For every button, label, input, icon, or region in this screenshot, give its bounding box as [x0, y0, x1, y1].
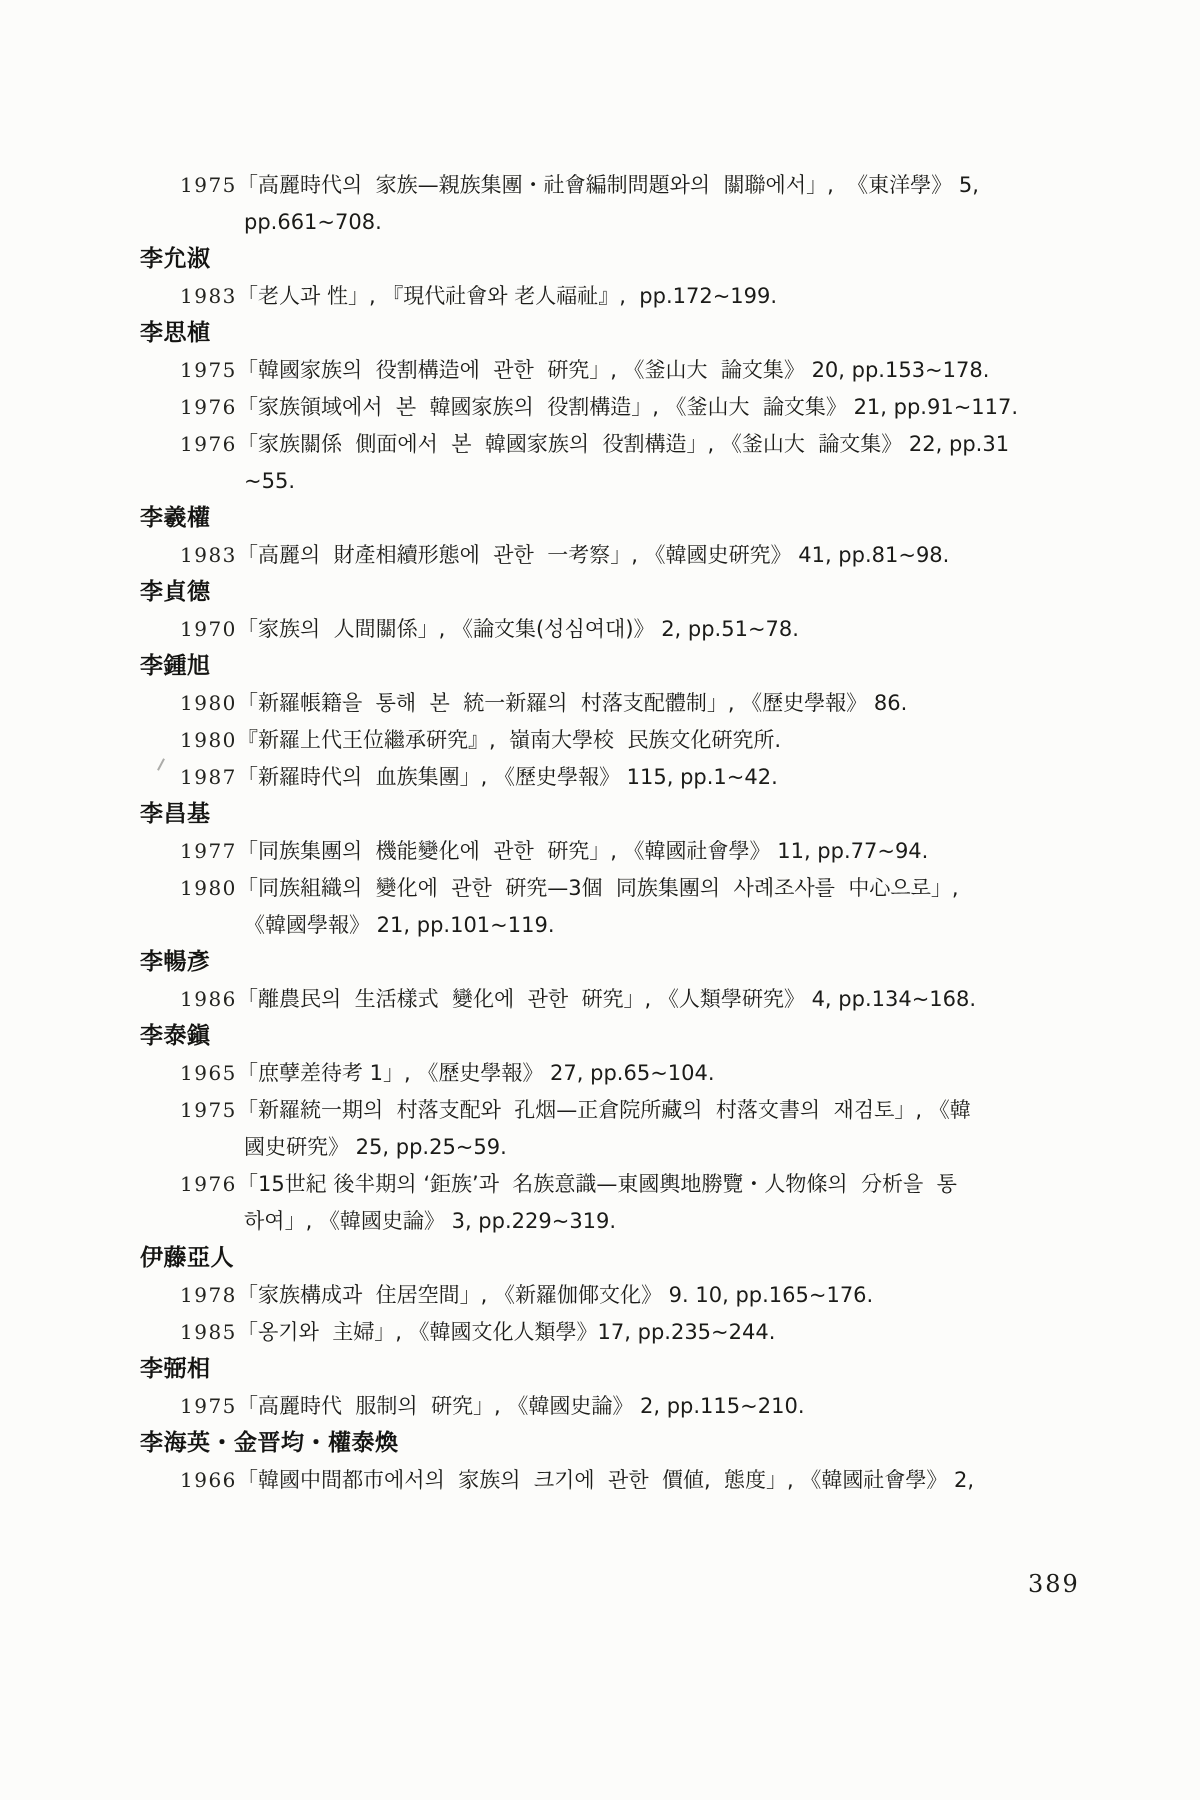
entry-year: 1975	[180, 1092, 237, 1129]
entry-citation-text: pp.661~708.	[244, 210, 382, 234]
entry-citation-text: 「옹기와 主婦」, 《韓國文化人類學》17, pp.235~244.	[237, 1320, 775, 1344]
entry-first-line: 1980『新羅上代王位繼承硏究』, 嶺南大學校 民族文化硏究所.	[140, 722, 1090, 759]
entry-year: 1975	[180, 1388, 237, 1425]
entry-first-line: 1970「家族의 人間關係」, 《論文集(성심여대)》 2, pp.51~78.	[140, 611, 1090, 648]
entry-first-line: 1978「家族構成과 住居空間」, 《新羅伽倻文化》 9. 10, pp.165…	[140, 1277, 1090, 1314]
bibliography-section: 李泰鎭1965「庶孽差待考 1」, 《歷史學報》 27, pp.65~104.1…	[140, 1018, 1090, 1240]
entry-citation-text: 하여」, 《韓國史論》 3, pp.229~319.	[244, 1209, 616, 1233]
entry-year: 1976	[180, 426, 237, 463]
entry-citation-text: 國史硏究》 25, pp.25~59.	[244, 1135, 507, 1159]
bibliography-section: 1975「高麗時代의 家族—親族集團・社會編制問題와의 關聯에서」, 《東洋學》…	[140, 167, 1090, 241]
entry-citation-text: 「高麗의 財產相續形態에 관한 一考察」, 《韓國史硏究》 41, pp.81~…	[237, 543, 949, 567]
entry-citation-text: 「家族의 人間關係」, 《論文集(성심여대)》 2, pp.51~78.	[237, 617, 799, 641]
entry-first-line: 1983「高麗의 財產相續形態에 관한 一考察」, 《韓國史硏究》 41, pp…	[140, 537, 1090, 574]
entry-citation-text: 「同族集團의 機能變化에 관한 硏究」, 《韓國社會學》 11, pp.77~9…	[237, 839, 928, 863]
entry-year: 1983	[180, 537, 237, 574]
entry-continuation-line: 하여」, 《韓國史論》 3, pp.229~319.	[140, 1203, 1090, 1240]
author-name: 伊藤亞人	[140, 1240, 1090, 1277]
entry-year: 1975	[180, 167, 237, 204]
bibliography-section: 李鍾旭1980「新羅帳籍을 통해 본 統一新羅의 村落支配體制」, 《歷史學報》…	[140, 648, 1090, 796]
entry-year: 1975	[180, 352, 237, 389]
entry-citation-text: 『新羅上代王位繼承硏究』, 嶺南大學校 民族文化硏究所.	[237, 728, 781, 752]
entry-year: 1966	[180, 1462, 237, 1499]
entry-first-line: 1987「新羅時代의 血族集團」, 《歷史學報》 115, pp.1~42.	[140, 759, 1090, 796]
entry-continuation-line: 國史硏究》 25, pp.25~59.	[140, 1129, 1090, 1166]
entry-citation-text: 「高麗時代 服制의 硏究」, 《韓國史論》 2, pp.115~210.	[237, 1394, 805, 1418]
author-name: 李鍾旭	[140, 648, 1090, 685]
entry-first-line: 1977「同族集團의 機能變化에 관한 硏究」, 《韓國社會學》 11, pp.…	[140, 833, 1090, 870]
entry-year: 1986	[180, 981, 237, 1018]
entry-citation-text: 「新羅時代의 血族集團」, 《歷史學報》 115, pp.1~42.	[237, 765, 778, 789]
entry-first-line: 1985「옹기와 主婦」, 《韓國文化人類學》17, pp.235~244.	[140, 1314, 1090, 1351]
bibliography-section: 伊藤亞人1978「家族構成과 住居空間」, 《新羅伽倻文化》 9. 10, pp…	[140, 1240, 1090, 1351]
entry-year: 1980	[180, 685, 237, 722]
entry-first-line: 1980「同族組織의 變化에 관한 硏究—3個 同族集團의 사례조사를 中心으로…	[140, 870, 1090, 907]
entry-citation-text: 「家族領域에서 본 韓國家族의 役割構造」, 《釜山大 論文集》 21, pp.…	[237, 395, 1018, 419]
bibliography-section: 李貞德1970「家族의 人間關係」, 《論文集(성심여대)》 2, pp.51~…	[140, 574, 1090, 648]
bibliography-section: 李昌基1977「同族集團의 機能變化에 관한 硏究」, 《韓國社會學》 11, …	[140, 796, 1090, 944]
entry-year: 1977	[180, 833, 237, 870]
entry-first-line: 1976「家族領域에서 본 韓國家族의 役割構造」, 《釜山大 論文集》 21,…	[140, 389, 1090, 426]
entry-first-line: 1965「庶孽差待考 1」, 《歷史學報》 27, pp.65~104.	[140, 1055, 1090, 1092]
entry-citation-text: 「離農民의 生活樣式 變化에 관한 硏究」, 《人類學硏究》 4, pp.134…	[237, 987, 976, 1011]
entry-citation-text: 「庶孽差待考 1」, 《歷史學報》 27, pp.65~104.	[237, 1061, 715, 1085]
author-name: 李貞德	[140, 574, 1090, 611]
entry-year: 1978	[180, 1277, 237, 1314]
bibliography-section: 李海英・金晋均・權泰煥1966「韓國中間都市에서의 家族의 크기에 관한 價値,…	[140, 1425, 1090, 1499]
entry-year: 1987	[180, 759, 237, 796]
entry-year: 1965	[180, 1055, 237, 1092]
entry-citation-text: 「新羅帳籍을 통해 본 統一新羅의 村落支配體制」, 《歷史學報》 86.	[237, 691, 907, 715]
entry-citation-text: 「家族構成과 住居空間」, 《新羅伽倻文化》 9. 10, pp.165~176…	[237, 1283, 873, 1307]
page-number: 389	[1028, 1570, 1080, 1598]
bibliography-section: 李羲權1983「高麗의 財產相續形態에 관한 一考察」, 《韓國史硏究》 41,…	[140, 500, 1090, 574]
author-name: 李暢彥	[140, 944, 1090, 981]
entry-citation-text: 「韓國中間都市에서의 家族의 크기에 관한 價値, 態度」, 《韓國社會學》 2…	[237, 1468, 974, 1492]
entry-year: 1985	[180, 1314, 237, 1351]
entry-first-line: 1983「老人과 性」, 『現代社會와 老人福祉』, pp.172~199.	[140, 278, 1090, 315]
entry-continuation-line: pp.661~708.	[140, 204, 1090, 241]
entry-continuation-line: 《韓國學報》 21, pp.101~119.	[140, 907, 1090, 944]
entry-citation-text: 「同族組織의 變化에 관한 硏究—3個 同族集團의 사례조사를 中心으로」,	[237, 876, 959, 900]
entry-year: 1970	[180, 611, 237, 648]
bibliography-section: 李暢彥1986「離農民의 生活樣式 變化에 관한 硏究」, 《人類學硏究》 4,…	[140, 944, 1090, 1018]
entry-citation-text: 「高麗時代의 家族—親族集團・社會編制問題와의 關聯에서」, 《東洋學》 5,	[237, 173, 979, 197]
bibliography-section: 李允淑1983「老人과 性」, 『現代社會와 老人福祉』, pp.172~199…	[140, 241, 1090, 315]
entry-year: 1980	[180, 722, 237, 759]
entry-citation-text: 「家族關係 側面에서 본 韓國家族의 役割構造」, 《釜山大 論文集》 22, …	[237, 432, 1009, 456]
author-name: 李弼相	[140, 1351, 1090, 1388]
entry-citation-text: 《韓國學報》 21, pp.101~119.	[244, 913, 555, 937]
entry-continuation-line: ~55.	[140, 463, 1090, 500]
entry-first-line: 1976「15世紀 後半期의 ‘鉅族’과 名族意識—東國輿地勝覽・人物條의 分析…	[140, 1166, 1090, 1203]
scanned-document-page: 1975「高麗時代의 家族—親族集團・社會編制問題와의 關聯에서」, 《東洋學》…	[0, 0, 1200, 1800]
entry-year: 1983	[180, 278, 237, 315]
entry-year: 1980	[180, 870, 237, 907]
entry-first-line: 1976「家族關係 側面에서 본 韓國家族의 役割構造」, 《釜山大 論文集》 …	[140, 426, 1090, 463]
entry-year: 1976	[180, 389, 237, 426]
entry-first-line: 1980「新羅帳籍을 통해 본 統一新羅의 村落支配體制」, 《歷史學報》 86…	[140, 685, 1090, 722]
entry-first-line: 1966「韓國中間都市에서의 家族의 크기에 관한 價値, 態度」, 《韓國社會…	[140, 1462, 1090, 1499]
bibliography-section: 李思植1975「韓國家族의 役割構造에 관한 硏究」, 《釜山大 論文集》 20…	[140, 315, 1090, 500]
entry-citation-text: 「老人과 性」, 『現代社會와 老人福祉』, pp.172~199.	[237, 284, 777, 308]
entry-citation-text: 「新羅統一期의 村落支配와 孔烟—正倉院所藏의 村落文書의 재검토」, 《韓	[237, 1098, 971, 1122]
author-name: 李泰鎭	[140, 1018, 1090, 1055]
author-name: 李昌基	[140, 796, 1090, 833]
entry-first-line: 1975「高麗時代 服制의 硏究」, 《韓國史論》 2, pp.115~210.	[140, 1388, 1090, 1425]
entry-first-line: 1975「高麗時代의 家族—親族集團・社會編制問題와의 關聯에서」, 《東洋學》…	[140, 167, 1090, 204]
entry-first-line: 1975「韓國家族의 役割構造에 관한 硏究」, 《釜山大 論文集》 20, p…	[140, 352, 1090, 389]
entry-citation-text: 「15世紀 後半期의 ‘鉅族’과 名族意識—東國輿地勝覽・人物條의 分析을 통	[237, 1172, 957, 1196]
bibliography-list: 1975「高麗時代의 家族—親族集團・社會編制問題와의 關聯에서」, 《東洋學》…	[140, 167, 1090, 1499]
author-name: 李羲權	[140, 500, 1090, 537]
entry-first-line: 1975「新羅統一期의 村落支配와 孔烟—正倉院所藏의 村落文書의 재검토」, …	[140, 1092, 1090, 1129]
author-name: 李思植	[140, 315, 1090, 352]
entry-first-line: 1986「離農民의 生活樣式 變化에 관한 硏究」, 《人類學硏究》 4, pp…	[140, 981, 1090, 1018]
author-name: 李海英・金晋均・權泰煥	[140, 1425, 1090, 1462]
author-name: 李允淑	[140, 241, 1090, 278]
entry-citation-text: ~55.	[244, 469, 295, 493]
bibliography-section: 李弼相1975「高麗時代 服制의 硏究」, 《韓國史論》 2, pp.115~2…	[140, 1351, 1090, 1425]
entry-year: 1976	[180, 1166, 237, 1203]
entry-citation-text: 「韓國家族의 役割構造에 관한 硏究」, 《釜山大 論文集》 20, pp.15…	[237, 358, 989, 382]
